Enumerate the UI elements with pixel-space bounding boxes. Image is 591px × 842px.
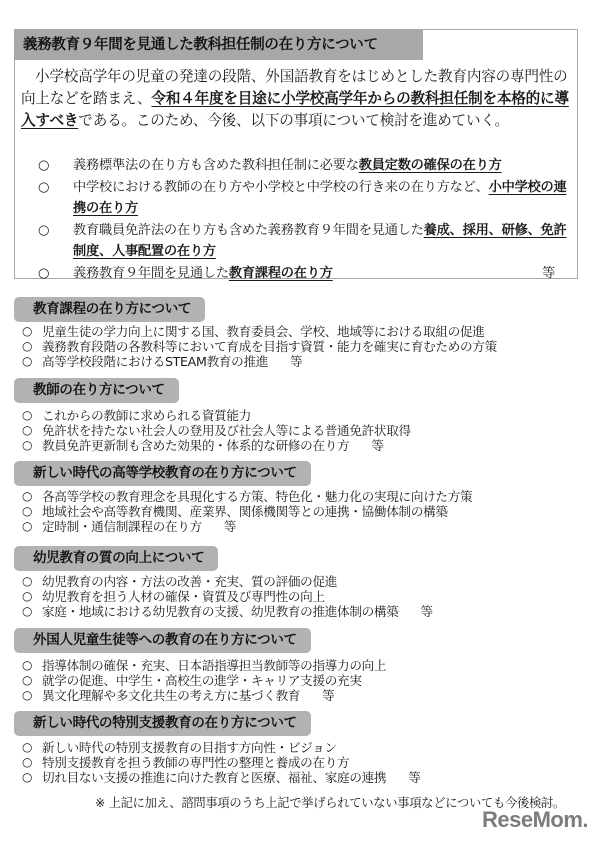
circle-bullet-icon: ○ [22,755,32,770]
list-item: ○各高等学校の教育理念を具現化する方策、特色化・魅力化の実現に向けた方策 [14,489,584,504]
item-text: 異文化理解や多文化共生の考え方に基づく教育 [42,688,300,703]
circle-bullet-icon: ○ [22,324,32,339]
circle-bullet-icon: ○ [22,770,32,785]
circle-bullet-icon: ○ [22,408,32,423]
list-item: ○義務標準法の在り方も含めた教科担任制に必要な教員定数の確保の在り方 [33,155,573,177]
item-emphasis: 教育課程の在り方 [229,266,333,281]
section-item-list: ○これからの教師に求められる資質能力 ○免許状を持たない社会人の登用及び社会人等… [14,408,584,454]
item-text: 幼児教育の内容・方法の改善・充実、質の評価の促進 [42,574,337,589]
circle-bullet-icon: ○ [22,604,32,619]
etc-label: 等 [421,604,433,619]
etc-label: 等 [542,263,555,285]
circle-bullet-icon: ○ [22,438,32,453]
section-item-list: ○幼児教育の内容・方法の改善・充実、質の評価の促進 ○幼児教育を担う人材の確保・… [14,574,584,620]
item-text: 義務標準法の在り方も含めた教科担任制に必要な [73,158,359,173]
circle-bullet-icon: ○ [22,519,32,534]
logo-ruby: リセマム [534,801,554,808]
item-text: これからの教師に求められる資質能力 [42,408,251,423]
list-item: ○新しい時代の特別支援教育の目指す方向性・ビジョン [14,740,584,755]
item-text: 特別支援教育を担う教師の専門性の整理と養成の在り方 [42,755,349,770]
list-item: ○切れ目ない支援の推進に向けた教育と医療、福祉、家庭の連携等 [14,770,584,785]
section-heading: 幼児教育の質の向上について [14,546,218,571]
circle-bullet-icon: ○ [38,155,49,177]
item-text: 定時制・通信制課程の在り方 [42,519,202,534]
circle-bullet-icon: ○ [22,354,32,369]
circle-bullet-icon: ○ [22,740,32,755]
section-item-list: ○各高等学校の教育理念を具現化する方策、特色化・魅力化の実現に向けた方策 ○地域… [14,489,584,535]
section-special-needs: 新しい時代の特別支援教育の在り方について ○新しい時代の特別支援教育の目指す方向… [14,711,584,786]
section-item-list: ○指導体制の確保・充実、日本語指導担当教師等の指導力の向上 ○就学の促進、中学生… [14,658,584,704]
circle-bullet-icon: ○ [22,574,32,589]
section-foreign-students: 外国人児童生徒等への教育の在り方について ○指導体制の確保・充実、日本語指導担当… [14,628,584,704]
circle-bullet-icon: ○ [38,263,49,285]
list-item: ○特別支援教育を担う教師の専門性の整理と養成の在り方 [14,755,584,770]
list-item: ○地域社会や高等教育機関、産業界、関係機関等との連携・協働体制の構築 [14,504,584,519]
item-text: 免許状を持たない社会人の登用及び社会人等による普通免許状取得 [42,423,411,438]
list-item: ○異文化理解や多文化共生の考え方に基づく教育等 [14,688,584,703]
section-item-list: ○児童生徒の学力向上に関する国、教育委員会、学校、地域等における取組の促進 ○義… [14,324,584,370]
section-heading: 教師の在り方について [14,378,179,403]
list-item: ○これからの教師に求められる資質能力 [14,408,584,423]
item-text: 指導体制の確保・充実、日本語指導担当教師等の指導力の向上 [42,658,386,673]
item-text: 切れ目ない支援の推進に向けた教育と医療、福祉、家庭の連携 [42,770,386,785]
circle-bullet-icon: ○ [22,688,32,703]
circle-bullet-icon: ○ [22,339,32,354]
intro-paragraph: 小学校高学年の児童の発達の段階、外国語教育をはじめとした教育内容の専門性の向上な… [21,66,569,132]
list-item: ○幼児教育の内容・方法の改善・充実、質の評価の促進 [14,574,584,589]
item-emphasis: 教員定数の確保の在り方 [359,158,502,173]
list-item: ○指導体制の確保・充実、日本語指導担当教師等の指導力の向上 [14,658,584,673]
section-early-childhood: 幼児教育の質の向上について ○幼児教育の内容・方法の改善・充実、質の評価の促進 … [14,546,584,620]
section-heading: 外国人児童生徒等への教育の在り方について [14,628,311,653]
item-text: 高等学校段階におけるSTEAM教育の推進 [42,354,268,369]
item-text: 義務教育段階の各教科等において育成を目指す資質・能力を確実に育むための方策 [42,339,497,354]
section-curriculum: 教育課程の在り方について ○児童生徒の学力向上に関する国、教育委員会、学校、地域… [14,297,584,370]
item-text: 中学校における教師の在り方や小学校と中学校の行き来の在り方など、 [73,180,489,195]
list-item: ○定時制・通信制課程の在り方等 [14,519,584,534]
summary-box: 義務教育９年間を見通した教科担任制の在り方について 小学校高学年の児童の発達の段… [14,29,578,279]
etc-label: 等 [408,770,420,785]
item-text: 新しい時代の特別支援教育の目指す方向性・ビジョン [42,740,337,755]
list-item: ○就学の促進、中学生・高校生の進学・キャリア支援の充実 [14,673,584,688]
section-high-school: 新しい時代の高等学校教育の在り方について ○各高等学校の教育理念を具現化する方策… [14,461,584,535]
list-item: ○免許状を持たない社会人の登用及び社会人等による普通免許状取得 [14,423,584,438]
section-heading: 新しい時代の高等学校教育の在り方について [14,461,311,486]
list-item: ○教育職員免許法の在り方も含めた義務教育９年間を見通した養成、採用、研修、免許制… [33,220,573,263]
circle-bullet-icon: ○ [22,589,32,604]
circle-bullet-icon: ○ [22,658,32,673]
etc-label: 等 [290,354,302,369]
intro-text-2: である。このため、今後、以下の事項について検討を進めていく。 [78,112,509,129]
item-text: 教育職員免許法の在り方も含めた義務教育９年間を見通した [73,223,424,238]
list-item: ○中学校における教師の在り方や小学校と中学校の行き来の在り方など、小中学校の連携… [33,177,573,220]
item-text: 各高等学校の教育理念を具現化する方策、特色化・魅力化の実現に向けた方策 [42,489,472,504]
etc-label: 等 [224,519,236,534]
list-item: ○児童生徒の学力向上に関する国、教育委員会、学校、地域等における取組の促進 [14,324,584,339]
list-item: ○幼児教育を担う人材の確保・資質及び専門性の向上 [14,589,584,604]
list-item: ○家庭・地域における幼児教育の支援、幼児教育の推進体制の構築等 [14,604,584,619]
summary-box-title: 義務教育９年間を見通した教科担任制の在り方について [15,30,423,60]
item-text: 地域社会や高等教育機関、産業界、関係機関等との連携・協働体制の構築 [42,504,448,519]
item-text: 教員免許更新制も含めた効果的・体系的な研修の在り方 [42,438,349,453]
item-text: 就学の促進、中学生・高校生の進学・キャリア支援の充実 [42,673,362,688]
list-item: ○義務教育９年間を見通した教育課程の在り方等 [33,263,573,285]
list-item: ○義務教育段階の各教科等において育成を目指す資質・能力を確実に育むための方策 [14,339,584,354]
list-item: ○教員免許更新制も含めた効果的・体系的な研修の在り方等 [14,438,584,453]
etc-label: 等 [322,688,334,703]
section-teachers: 教師の在り方について ○これからの教師に求められる資質能力 ○免許状を持たない社… [14,378,584,454]
circle-bullet-icon: ○ [38,177,49,199]
circle-bullet-icon: ○ [22,489,32,504]
etc-label: 等 [371,438,383,453]
item-text: 幼児教育を担う人材の確保・資質及び専門性の向上 [42,589,325,604]
summary-item-list: ○義務標準法の在り方も含めた教科担任制に必要な教員定数の確保の在り方 ○中学校に… [33,155,573,284]
item-text: 家庭・地域における幼児教育の支援、幼児教育の推進体制の構築 [42,604,399,619]
item-text: 義務教育９年間を見通した [73,266,229,281]
resemom-logo: ReseMom. リセマム [482,807,588,833]
circle-bullet-icon: ○ [22,423,32,438]
section-heading: 教育課程の在り方について [14,297,205,322]
section-item-list: ○新しい時代の特別支援教育の目指す方向性・ビジョン ○特別支援教育を担う教師の専… [14,740,584,786]
circle-bullet-icon: ○ [22,504,32,519]
section-heading: 新しい時代の特別支援教育の在り方について [14,711,311,736]
circle-bullet-icon: ○ [38,220,49,242]
list-item: ○高等学校段階におけるSTEAM教育の推進等 [14,354,584,369]
item-text: 児童生徒の学力向上に関する国、教育委員会、学校、地域等における取組の促進 [42,324,485,339]
logo-text: ReseMom. [482,807,588,832]
circle-bullet-icon: ○ [22,673,32,688]
